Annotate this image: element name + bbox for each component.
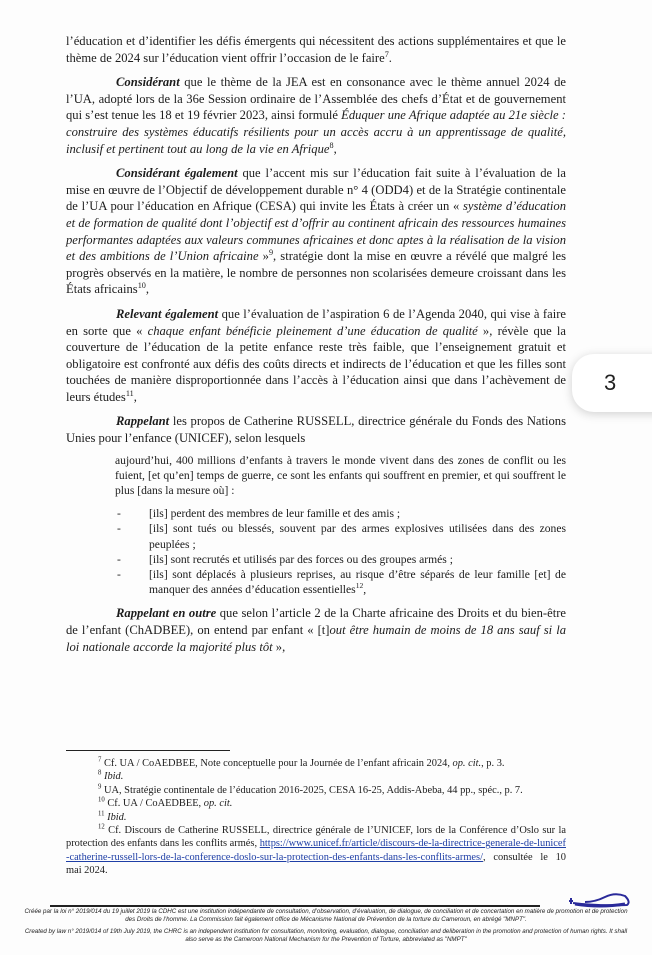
paragraph-lead: Considérant [116,75,180,89]
footer-text-en: Created by law n° 2019/014 of 19th July … [20,928,632,945]
list-item: -[ils] sont déplacés à plusieurs reprise… [115,567,566,597]
list-item-text: [ils] sont tués ou blessés, souvent par … [149,522,566,550]
list-item-text: [ils] sont recrutés et utilisés par des … [149,553,453,566]
footnote: 11 Ibid. [66,811,566,824]
footnote-italic: Ibid. [104,771,123,782]
paragraph-lead: Rappelant [116,414,169,428]
document-body: l’éducation et d’identifier les défis ém… [66,33,566,663]
paragraph-lead: Rappelant en outre [116,606,216,620]
footnote-text: , p. 3. [481,758,504,769]
dash-bullet-icon: - [117,506,121,521]
paragraph: Rappelant en outre que selon l’article 2… [66,605,566,655]
quote-list: -[ils] perdent des membres de leur famil… [115,506,566,597]
footnote: 9 UA, Stratégie continentale de l’éducat… [66,784,566,797]
footnote-italic: op. cit. [453,758,482,769]
paragraph-lead: Considérant également [116,166,238,180]
footnote: 8 Ibid. [66,770,566,783]
footnote: 10 Cf. UA / CoAEDBEE, op. cit. [66,797,566,810]
paragraph-lead: Relevant également [116,307,218,321]
signature-mark-icon [565,888,635,910]
document-page: l’éducation et d’identifier les défis ém… [0,0,652,955]
footnote-italic: op. cit. [204,798,233,809]
paragraph: Relevant également que l’évaluation de l… [66,306,566,406]
paragraph-text: », [273,640,286,654]
paragraph-italic: chaque enfant bénéficie pleinement d’une… [148,324,478,338]
paragraph: Rappelant les propos de Catherine RUSSEL… [66,413,566,446]
footnote-text: Cf. UA / CoAEDBEE, [105,798,204,809]
footnote-ref[interactable]: 11 [126,389,134,398]
footnote-number: 12 [98,824,105,831]
paragraph: l’éducation et d’identifier les défis ém… [66,33,566,66]
page-indicator[interactable]: 3 [572,354,652,412]
dash-bullet-icon: - [117,552,121,567]
dash-bullet-icon: - [117,567,121,582]
list-item: -[ils] sont recrutés et utilisés par des… [115,552,566,567]
footer-divider [50,905,540,907]
paragraph: Considérant également que l’accent mis s… [66,165,566,298]
paragraph-text: , [134,390,137,404]
footnote: 12 Cf. Discours de Catherine RUSSELL, di… [66,824,566,878]
list-item: -[ils] perdent des membres de leur famil… [115,506,566,521]
footnote-number: 11 [98,810,105,817]
paragraph: Considérant que le thème de la JEA est e… [66,74,566,157]
footnote: 7 Cf. UA / CoAEDBEE, Note conceptuelle p… [66,757,566,770]
paragraph-text: , [146,282,149,296]
footnote-number: 10 [98,797,105,804]
page-footer: Créée par la loi n° 2019/014 du 19 juill… [20,908,632,948]
list-item: -[ils] sont tués ou blessés, souvent par… [115,521,566,551]
quote-intro: aujourd’hui, 400 millions d’enfants à tr… [115,453,566,499]
paragraph-text: » [259,249,269,263]
paragraph-text: , [334,142,337,156]
dash-bullet-icon: - [117,521,121,536]
block-quote: aujourd’hui, 400 millions d’enfants à tr… [115,453,566,598]
list-item-text: , [363,583,366,596]
footnotes: 7 Cf. UA / CoAEDBEE, Note conceptuelle p… [66,757,566,878]
paragraph-text: . [389,51,392,65]
footnote-text: Cf. UA / CoAEDBEE, Note conceptuelle pou… [101,758,452,769]
list-item-text: [ils] perdent des membres de leur famill… [149,507,400,520]
footer-text-fr: Créée par la loi n° 2019/014 du 19 juill… [20,908,632,925]
footnote-text: UA, Stratégie continentale de l’éducatio… [101,785,522,796]
footnote-italic: Ibid. [107,812,126,823]
footnote-ref[interactable]: 10 [138,281,146,290]
footnote-divider [66,750,230,751]
page-number: 3 [604,370,616,396]
paragraph-text: l’éducation et d’identifier les défis ém… [66,34,566,65]
